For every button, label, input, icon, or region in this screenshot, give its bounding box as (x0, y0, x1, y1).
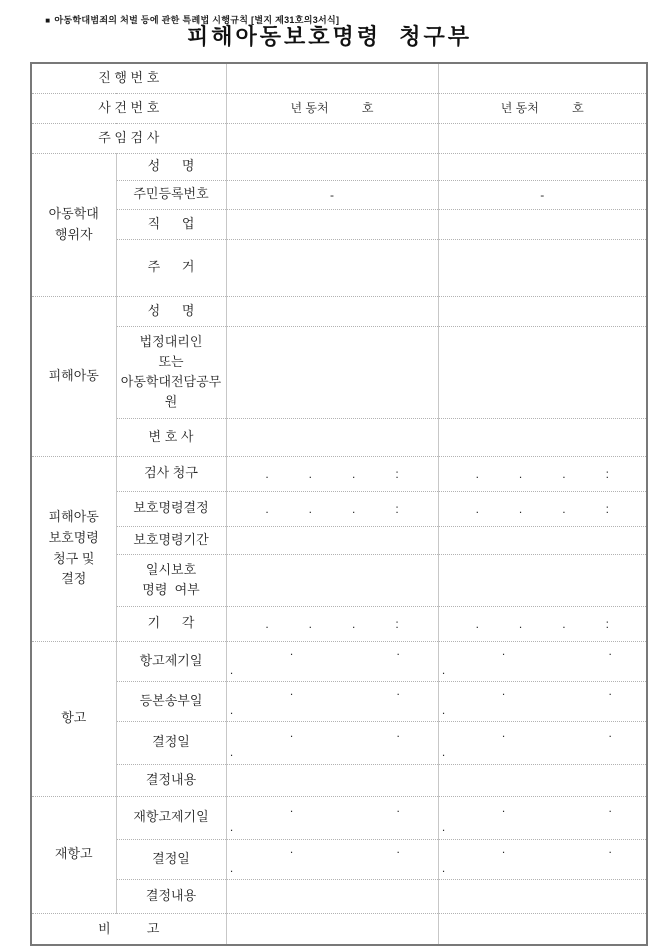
abuser-name-label: 성 명 (116, 153, 226, 180)
row-order-decision: 보호명령결정 . . . : . . . : (31, 491, 647, 526)
reappeal-group-label: 재항고 (31, 796, 116, 913)
row-victim-name: 피해아동 성 명 (31, 296, 647, 326)
victim-name-field-2 (438, 296, 647, 326)
progress-number-field-2 (438, 63, 647, 93)
row-appeal-copy-sent: 등본송부일 . . . . . . (31, 681, 647, 721)
row-abuser-name: 아동학대 행위자 성 명 (31, 153, 647, 180)
row-abuser-rrn: 주민등록번호 - - (31, 180, 647, 209)
row-chief-prosecutor: 주 임 검 사 (31, 123, 647, 153)
order-period-field-1 (226, 526, 438, 554)
order-dismiss-field-2: . . . : (438, 606, 647, 641)
order-period-field-2 (438, 526, 647, 554)
order-temp-field-1 (226, 554, 438, 606)
chief-prosecutor-label: 주 임 검 사 (31, 123, 226, 153)
protection-order-register-table: 진 행 번 호 사 건 번 호 년 동처 호 년 동처 호 주 임 검 사 아동… (30, 62, 648, 946)
row-order-dismiss: 기 각 . . . : . . . : (31, 606, 647, 641)
appeal-decided-field-1: . . . (226, 721, 438, 764)
abuser-rrn-field-1: - (226, 180, 438, 209)
appeal-filed-field-2: . . . (438, 641, 647, 681)
row-appeal-content: 결정내용 (31, 764, 647, 796)
abuser-name-field-1 (226, 153, 438, 180)
appeal-filed-label: 항고제기일 (116, 641, 226, 681)
victim-guardian-field-1 (226, 326, 438, 418)
victim-lawyer-field-2 (438, 418, 647, 456)
order-decision-field-2: . . . : (438, 491, 647, 526)
victim-guardian-field-2 (438, 326, 647, 418)
appeal-content-field-2 (438, 764, 647, 796)
appeal-content-field-1 (226, 764, 438, 796)
abuser-job-field-2 (438, 209, 647, 239)
appeal-decided-label: 결정일 (116, 721, 226, 764)
chief-prosecutor-field-1 (226, 123, 438, 153)
row-reappeal-filed: 재항고 재항고제기일 . . . . . . (31, 796, 647, 839)
order-temp-label: 일시보호 명령 여부 (116, 554, 226, 606)
abuser-residence-field-1 (226, 239, 438, 296)
appeal-group-label: 항고 (31, 641, 116, 796)
document-page: ■아동학대범죄의 처벌 등에 관한 특례법 시행규칙 [별지 제31호의3서식]… (0, 0, 659, 948)
row-reappeal-content: 결정내용 (31, 879, 647, 913)
reappeal-decided-field-1: . . . (226, 839, 438, 879)
abuser-rrn-field-2: - (438, 180, 647, 209)
case-number-field-2: 년 동처 호 (438, 93, 647, 123)
victim-group-label: 피해아동 (31, 296, 116, 456)
row-appeal-decided: 결정일 . . . . . . (31, 721, 647, 764)
victim-lawyer-label: 변 호 사 (116, 418, 226, 456)
abuser-residence-label: 주 거 (116, 239, 226, 296)
order-request-field-2: . . . : (438, 456, 647, 491)
abuser-rrn-label: 주민등록번호 (116, 180, 226, 209)
order-dismiss-label: 기 각 (116, 606, 226, 641)
remarks-field-2 (438, 913, 647, 945)
row-appeal-filed: 항고 항고제기일 . . . . . . (31, 641, 647, 681)
reappeal-filed-label: 재항고제기일 (116, 796, 226, 839)
order-group-label: 피해아동 보호명령 청구 및 결정 (31, 456, 116, 641)
remarks-field-1 (226, 913, 438, 945)
row-order-request: 피해아동 보호명령 청구 및 결정 검사 청구 . . . : . . . : (31, 456, 647, 491)
row-remarks: 비 고 (31, 913, 647, 945)
chief-prosecutor-field-2 (438, 123, 647, 153)
remarks-label: 비 고 (31, 913, 226, 945)
abuser-group-label: 아동학대 행위자 (31, 153, 116, 296)
appeal-content-label: 결정내용 (116, 764, 226, 796)
appeal-copy-sent-field-1: . . . (226, 681, 438, 721)
appeal-copy-sent-field-2: . . . (438, 681, 647, 721)
row-order-period: 보호명령기간 (31, 526, 647, 554)
row-victim-guardian: 법정대리인 또는 아동학대전담공무 원 (31, 326, 647, 418)
progress-number-label: 진 행 번 호 (31, 63, 226, 93)
row-abuser-residence: 주 거 (31, 239, 647, 296)
order-dismiss-field-1: . . . : (226, 606, 438, 641)
abuser-residence-field-2 (438, 239, 647, 296)
reappeal-content-field-2 (438, 879, 647, 913)
reappeal-decided-label: 결정일 (116, 839, 226, 879)
abuser-job-field-1 (226, 209, 438, 239)
appeal-filed-field-1: . . . (226, 641, 438, 681)
progress-number-field-1 (226, 63, 438, 93)
appeal-decided-field-2: . . . (438, 721, 647, 764)
reappeal-filed-field-1: . . . (226, 796, 438, 839)
row-case-number: 사 건 번 호 년 동처 호 년 동처 호 (31, 93, 647, 123)
reappeal-content-label: 결정내용 (116, 879, 226, 913)
abuser-name-field-2 (438, 153, 647, 180)
row-abuser-job: 직 업 (31, 209, 647, 239)
row-progress-number: 진 행 번 호 (31, 63, 647, 93)
order-decision-label: 보호명령결정 (116, 491, 226, 526)
reappeal-content-field-1 (226, 879, 438, 913)
order-request-label: 검사 청구 (116, 456, 226, 491)
order-request-field-1: . . . : (226, 456, 438, 491)
order-period-label: 보호명령기간 (116, 526, 226, 554)
order-decision-field-1: . . . : (226, 491, 438, 526)
case-number-field-1: 년 동처 호 (226, 93, 438, 123)
victim-guardian-label: 법정대리인 또는 아동학대전담공무 원 (116, 326, 226, 418)
order-temp-field-2 (438, 554, 647, 606)
row-reappeal-decided: 결정일 . . . . . . (31, 839, 647, 879)
reappeal-filed-field-2: . . . (438, 796, 647, 839)
form-title: 피해아동보호명령 청구부 (0, 20, 659, 51)
row-victim-lawyer: 변 호 사 (31, 418, 647, 456)
appeal-copy-sent-label: 등본송부일 (116, 681, 226, 721)
row-order-temp: 일시보호 명령 여부 (31, 554, 647, 606)
reappeal-decided-field-2: . . . (438, 839, 647, 879)
abuser-job-label: 직 업 (116, 209, 226, 239)
victim-name-label: 성 명 (116, 296, 226, 326)
case-number-label: 사 건 번 호 (31, 93, 226, 123)
victim-name-field-1 (226, 296, 438, 326)
victim-lawyer-field-1 (226, 418, 438, 456)
